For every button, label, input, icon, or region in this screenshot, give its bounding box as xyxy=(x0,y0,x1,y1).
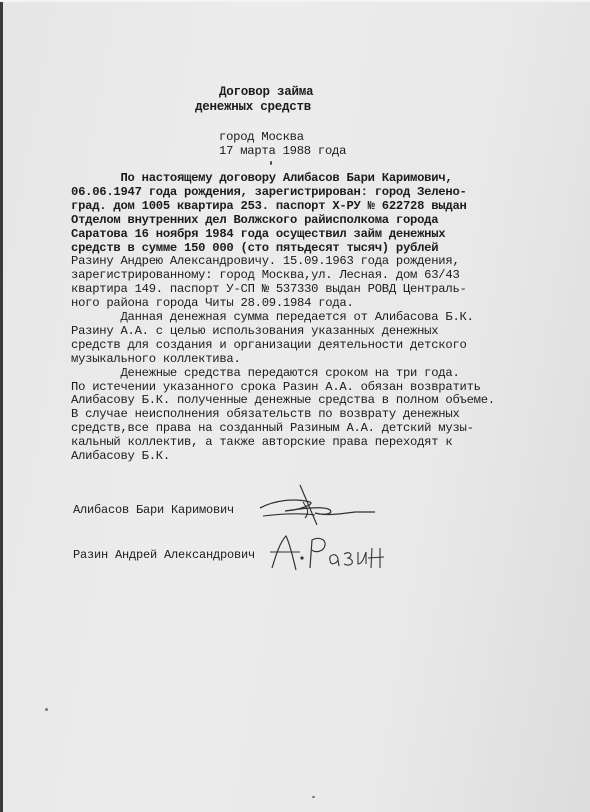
body-line: В случае неисполнения обязательств по во… xyxy=(71,408,460,421)
signatory-name-razin: Разин Андрей Александрович xyxy=(73,548,255,562)
scan-mark xyxy=(270,161,272,165)
body-line: Алибасову Б.К. полученные денежные средс… xyxy=(71,394,495,407)
body-line: средств,все права на созданный Разиным А… xyxy=(71,422,474,435)
body-line: Разину Андрею Александровичу. 15.09.1963… xyxy=(71,255,460,268)
body-line: Саратова 16 ноября 1984 года осуществил … xyxy=(71,228,445,241)
body-line: Алибасову Б.К. xyxy=(71,450,170,463)
scan-speck xyxy=(45,708,48,711)
body-line: ного района города Читы 28.09.1984 года. xyxy=(71,297,354,310)
body-line: квартира 149. паспорт У-СП № 537330 выда… xyxy=(71,283,467,296)
body-line: средств в сумме 150 000 (сто пятьдесят т… xyxy=(71,242,438,255)
body-line: град. дом 1005 квартира 253. паспорт Х-Р… xyxy=(71,200,467,213)
document-title-line1: Договор займа xyxy=(219,86,313,99)
signature-alibasov xyxy=(255,480,385,530)
signature-razin xyxy=(268,530,388,575)
body-line: По настоящему договору Алибасов Бари Кар… xyxy=(71,172,452,185)
body-line: Денежные средства передаются сроком на т… xyxy=(71,367,460,380)
body-line: Разину А.А. с целью использования указан… xyxy=(71,325,438,338)
scan-speck xyxy=(312,796,315,798)
scan-top-edge xyxy=(0,0,590,2)
body-line: Данная денежная сумма передается от Алиб… xyxy=(71,311,474,324)
body-line: По истечении указанного срока Разин А.А.… xyxy=(71,381,481,394)
body-line: кальный коллектив, а также авторские пра… xyxy=(71,436,452,449)
body-line: средств для создания и организации деяте… xyxy=(71,339,467,352)
signatory-name-alibasov: Алибасов Бари Каримович xyxy=(73,503,234,517)
body-line: 06.06.1947 года рождения, зарегистрирова… xyxy=(71,186,467,199)
document-title-line2: денежных средств xyxy=(195,101,311,114)
scan-left-edge xyxy=(0,0,3,812)
body-line: музыкального коллектива. xyxy=(71,353,241,366)
document-date: 17 марта 1988 года xyxy=(219,145,346,158)
body-line: Отделом внутренних дел Волжского райиспо… xyxy=(71,214,438,227)
document-city: город Москва xyxy=(219,131,304,144)
body-line: зарегистрированному: город Москва,ул. Ле… xyxy=(71,269,460,282)
